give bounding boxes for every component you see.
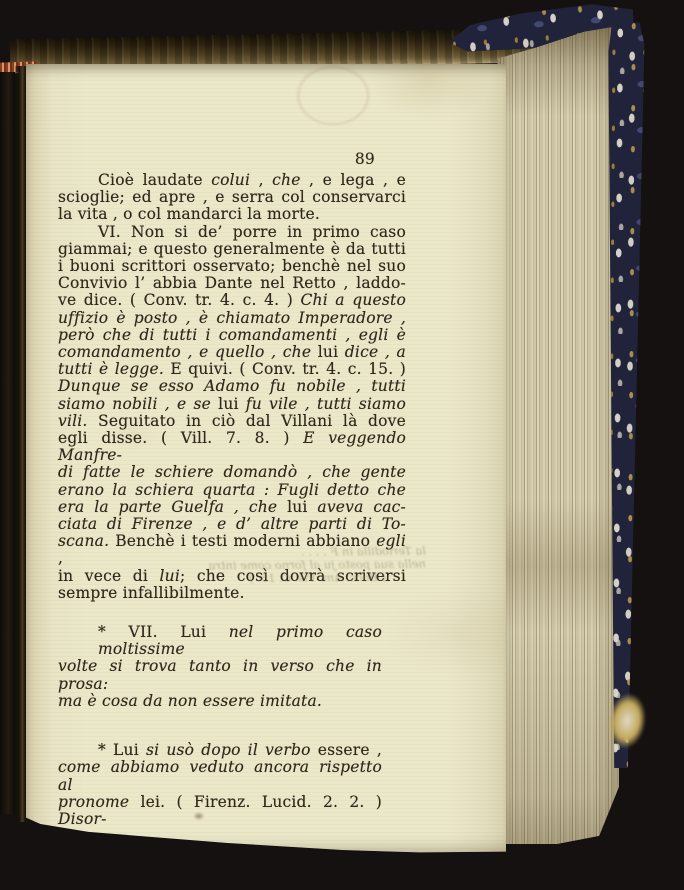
- text-line: tutti è legge. E quivi. ( Conv. tr. 4. c…: [58, 361, 406, 378]
- text-line: però che di tutti i comandamenti , egli …: [58, 327, 406, 344]
- text-line: come abbiamo veduto ancora rispetto al: [58, 759, 382, 793]
- text-line: Dunque se esso Adamo fu nobile , tutti: [58, 378, 406, 395]
- fore-edge-page-stack: [495, 26, 619, 844]
- text-line: erano la schiera quarta : Fugli detto ch…: [58, 482, 406, 499]
- photo-background: 89 Cioè laudate colui , che , e lega , e…: [0, 0, 684, 890]
- main-text-block: Cioè laudate colui , che , e lega , esci…: [58, 172, 406, 602]
- text-line: uffizio è posto , è chiamato Imperadore …: [58, 310, 406, 327]
- text-line: pronome lei. ( Firenz. Lucid. 2. 2. ) Di…: [58, 794, 382, 828]
- text-line: sempre infallibilmente.: [58, 585, 406, 602]
- text-line: scioglie; ed apre , e serra col conserva…: [58, 189, 406, 206]
- page-number: 89: [58, 150, 406, 168]
- text-line: volte si trova tanto in verso che in pro…: [58, 658, 382, 692]
- footnote-star-block: * Lui si usò dopo il verbo essere ,come …: [58, 742, 382, 828]
- text-line: siamo nobili , e se lui fu vile , tutti …: [58, 396, 406, 413]
- gutter-crease: [15, 66, 27, 822]
- text-line: Convivio l’ abbia Dante nel Retto , ladd…: [58, 275, 406, 292]
- text-line: ciata di Firenze , e d’ altre parti di T…: [58, 516, 406, 533]
- text-line: ve dice. ( Conv. tr. 4. c. 4. ) Chi a qu…: [58, 292, 406, 309]
- footnote-vii-block: * VII. Lui nel primo caso moltissimevolt…: [58, 624, 382, 710]
- text-line: vili. Seguitato in ciò dal Villani là do…: [58, 413, 406, 430]
- gutter-shadow: [0, 72, 15, 814]
- page-text: 89 Cioè laudate colui , che , e lega , e…: [58, 150, 406, 828]
- text-line: giammai; e questo generalmente è da tutt…: [58, 241, 406, 258]
- text-line: i buoni scrittori osservato; benchè nel …: [58, 258, 406, 275]
- text-line: di fatte le schiere domandò , che gente: [58, 464, 406, 481]
- text-line: comandamento , e quello , che lui dice ,…: [58, 344, 406, 361]
- book-page: 89 Cioè laudate colui , che , e lega , e…: [26, 64, 506, 854]
- bleed-through-text: la Teriodilla in F . . . .nella sua post…: [96, 545, 426, 587]
- text-line: Cioè laudate colui , che , e lega , e: [58, 172, 406, 189]
- text-line: la vita , o col mandarci la morte.: [58, 206, 406, 223]
- text-line: egli disse. ( Vill. 7. 8. ) E veggendo M…: [58, 430, 406, 464]
- text-line: era la parte Guelfa , che lui aveva cac-: [58, 499, 406, 516]
- text-line: * VII. Lui nel primo caso moltissime: [58, 624, 382, 658]
- text-line: ma è cosa da non essere imitata.: [58, 693, 382, 710]
- text-line: * Lui si usò dopo il verbo essere ,: [58, 742, 382, 759]
- text-line: VI. Non si de’ porre in primo caso: [58, 224, 406, 241]
